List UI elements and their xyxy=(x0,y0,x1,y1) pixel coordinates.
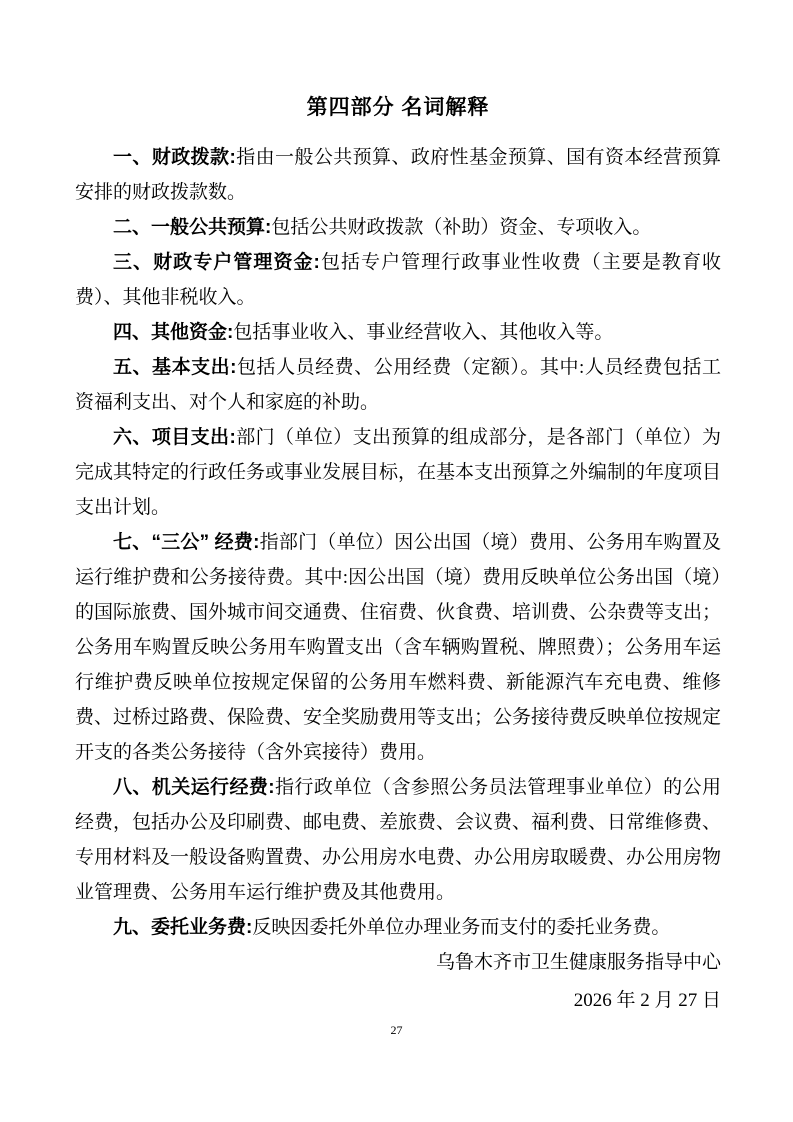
page-title: 第四部分 名词解释 xyxy=(75,92,721,124)
term-label-3: 三、财政专户管理资金: xyxy=(113,252,320,273)
term-definition-9: 反映因委托外单位办理业务而支付的委托业务费。 xyxy=(252,917,670,938)
date-line: 2026 年 2 月 27 日 xyxy=(75,983,721,1018)
definition-paragraph-3: 三、财政专户管理资金:包括专户管理行政事业性收费（主要是教育收费）、其他非税收入… xyxy=(75,245,721,315)
document-page: 第四部分 名词解释 一、财政拨款:指由一般公共预算、政府性基金预算、国有资本经营… xyxy=(0,0,793,1122)
definition-paragraph-4: 四、其他资金:包括事业收入、事业经营收入、其他收入等。 xyxy=(75,315,721,350)
term-label-9: 九、委托业务费: xyxy=(113,917,252,938)
term-label-5: 五、基本支出: xyxy=(113,357,237,378)
document-content: 第四部分 名词解释 一、财政拨款:指由一般公共预算、政府性基金预算、国有资本经营… xyxy=(0,0,793,1018)
term-label-6: 六、项目支出: xyxy=(113,427,236,448)
definition-paragraph-7: 七、“三公” 经费:指部门（单位）因公出国（境）费用、公务用车购置及运行维护费和… xyxy=(75,525,721,770)
term-label-7: 七、“三公” 经费: xyxy=(113,532,259,553)
definition-paragraph-2: 二、一般公共预算:包括公共财政拨款（补助）资金、专项收入。 xyxy=(75,210,721,245)
definition-paragraph-8: 八、机关运行经费:指行政单位（含参照公务员法管理事业单位）的公用经费，包括办公及… xyxy=(75,770,721,910)
term-definition-4: 包括事业收入、事业经营收入、其他收入等。 xyxy=(233,322,613,343)
term-label-4: 四、其他资金: xyxy=(113,322,233,343)
term-label-1: 一、财政拨款: xyxy=(113,147,236,168)
page-number: 27 xyxy=(0,1022,793,1038)
signature-line: 乌鲁木齐市卫生健康服务指导中心 xyxy=(75,945,721,980)
definition-paragraph-6: 六、项目支出:部门（单位）支出预算的组成部分，是各部门（单位）为完成其特定的行政… xyxy=(75,420,721,525)
term-definition-2: 包括公共财政拨款（补助）资金、专项收入。 xyxy=(271,217,651,238)
term-label-2: 二、一般公共预算: xyxy=(113,217,271,238)
term-definition-7: 指部门（单位）因公出国（境）费用、公务用车购置及运行维护费和公务接待费。其中:因… xyxy=(75,532,721,763)
term-label-8: 八、机关运行经费: xyxy=(113,777,275,798)
definition-paragraph-9: 九、委托业务费:反映因委托外单位办理业务而支付的委托业务费。 xyxy=(75,910,721,945)
definition-paragraph-1: 一、财政拨款:指由一般公共预算、政府性基金预算、国有资本经营预算安排的财政拨款数… xyxy=(75,140,721,210)
definition-paragraph-5: 五、基本支出:包括人员经费、公用经费（定额）。其中:人员经费包括工资福利支出、对… xyxy=(75,350,721,420)
